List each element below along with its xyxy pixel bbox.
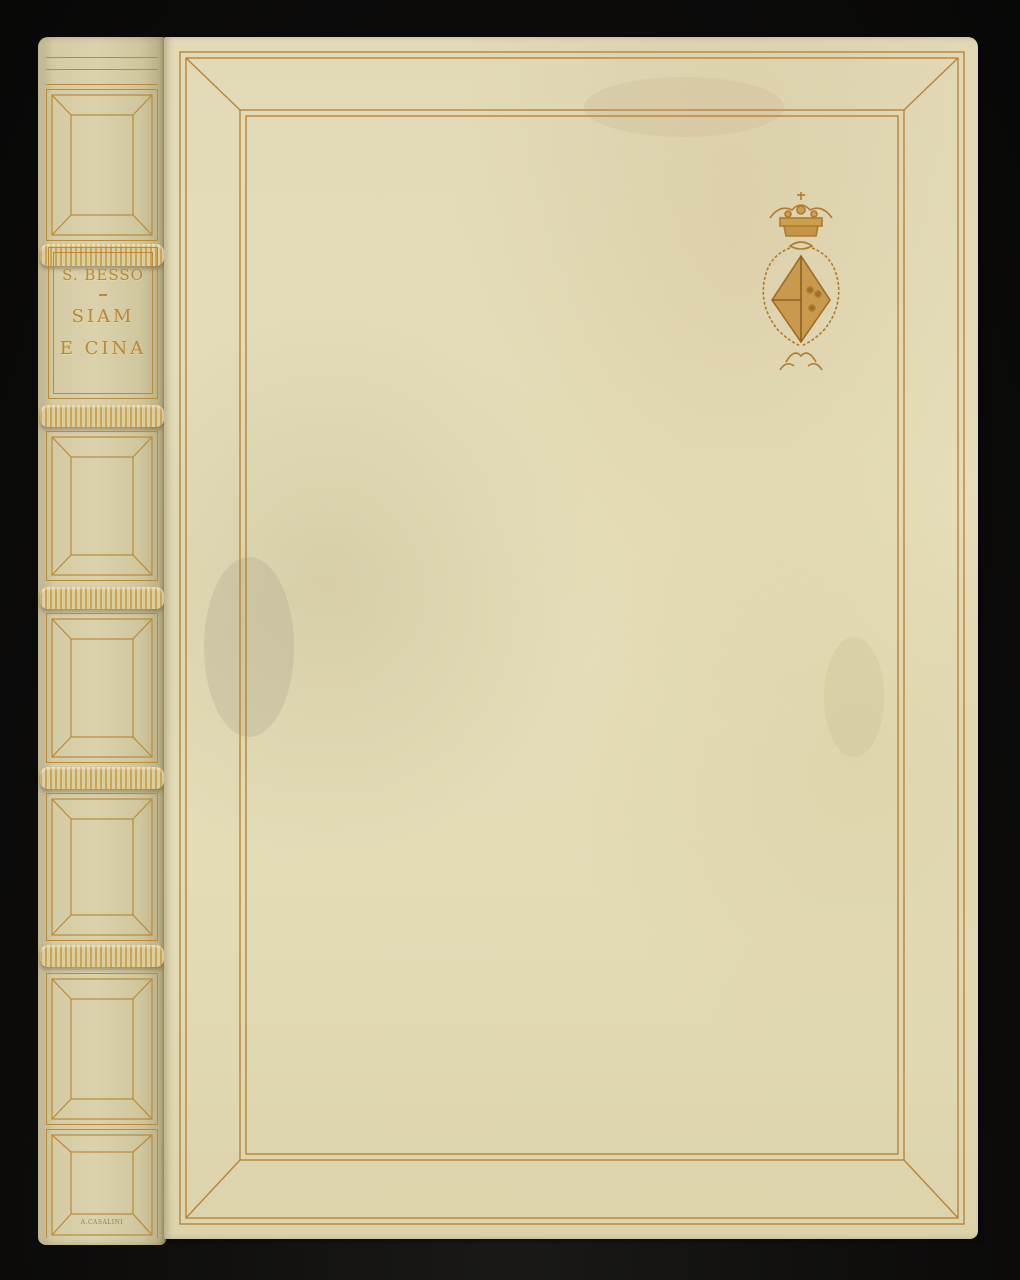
panel-tooling-icon: [47, 432, 157, 580]
panel-tooling-icon: [47, 90, 157, 240]
spine-compartment-4: [46, 613, 158, 763]
front-cover: [164, 37, 978, 1239]
panel-tooling-icon: [47, 794, 157, 940]
spine-head-fillets: [46, 57, 158, 85]
panel-tooling-icon: [47, 974, 157, 1124]
spine-author: S. BESSO: [49, 266, 157, 284]
armorial-crest-icon: [750, 190, 852, 380]
spine-compartment-1: [46, 89, 158, 241]
gilt-frame-tooling-icon: [164, 37, 978, 1239]
raised-band-5: [40, 945, 164, 967]
raised-band-3: [40, 587, 164, 609]
book-spine: S. BESSO SIAM E CINA: [38, 37, 166, 1245]
spine-compartment-6: [46, 973, 158, 1125]
spine-title-line-2: E CINA: [49, 338, 157, 359]
spine-compartment-3: [46, 431, 158, 581]
spine-title-label: S. BESSO SIAM E CINA: [48, 247, 158, 399]
raised-band-2: [40, 405, 164, 427]
binder-stamp: A.CASALINI: [47, 1219, 157, 1226]
spine-compartment-5: [46, 793, 158, 941]
spine-tail-compartment: A.CASALINI: [46, 1129, 158, 1238]
spine-title-rule: [99, 294, 107, 296]
panel-tooling-icon: [47, 614, 157, 762]
spine-title-line-1: SIAM: [49, 306, 157, 327]
raised-band-4: [40, 767, 164, 789]
